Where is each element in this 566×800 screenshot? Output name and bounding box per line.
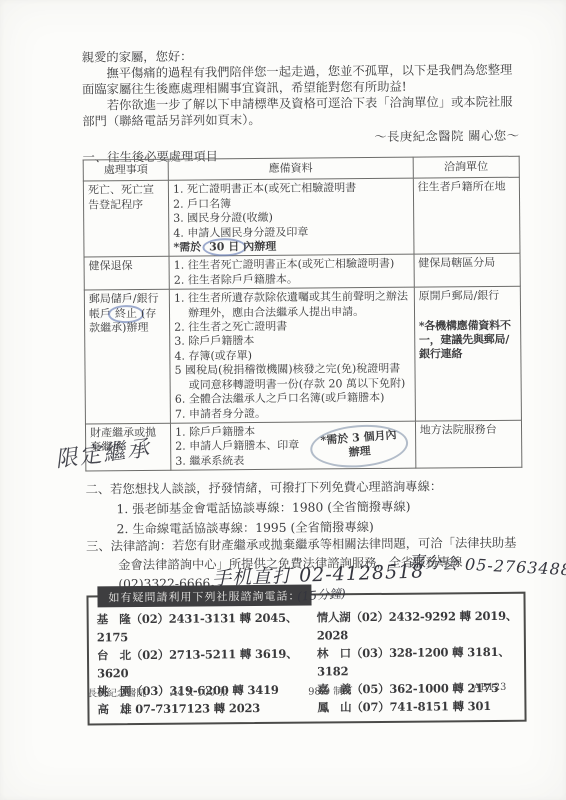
unit-cell: 往生者戶籍所在地 — [413, 178, 520, 255]
unit-note: *各機構應備資料不一，建議先與郵局/銀行連絡 — [419, 318, 517, 362]
doc-line: 1. 往生者死亡證明書正本(或死亡相驗證明書) — [174, 257, 410, 273]
intro-block: 親愛的家屬，您好： 撫平傷痛的過程有我們陪伴您一起走過，您並不孤單，以下是我們為… — [82, 46, 520, 166]
doc-line: 3. 繼承系統表 — [175, 453, 307, 469]
unit-line: 原開戶郵局/銀行 — [418, 289, 515, 304]
intro-paragraph-2: 若你欲進一步了解以下申請標準及資格可逕洽下表「洽詢單位」或本院社服部門（聯絡電話… — [82, 94, 519, 130]
pen-circle-30-days: 30 日 — [202, 238, 246, 257]
unit-cell: 原開戶郵局/銀行 *各機構應備資料不一，建議先與郵局/銀行連絡 — [414, 286, 521, 421]
docs-cell: 1. 往生者所遺存款除依遺囑或其生前聲明之辦法辦理外，應由合法繼承人提出申請。 … — [169, 287, 415, 423]
phone-entry-keelung: 基 隆（02）2431-3131 轉 2045、2175 — [97, 609, 317, 647]
footer-hospital-name: 長庚紀念醫院 — [87, 685, 146, 700]
page-content: 親愛的家屬，您好： 撫平傷痛的過程有我們陪伴您一起走過，您並不孤單，以下是我們為… — [82, 46, 525, 710]
phone-grid: 基 隆（02）2431-3131 轉 2045、2175 情人湖（02）2432… — [97, 607, 519, 719]
table-row-death-registration: 死亡、死亡宣告登記程序 1. 死亡證明書正本(或死亡相驗證明書 2. 戶口名簿 … — [83, 178, 520, 258]
docs-cell: 1. 往生者死亡證明書正本(或死亡相驗證明書) 2. 往生者除戶戶籍謄本。 — [169, 255, 414, 290]
table-row-bank-accounts: 郵局儲戶/銀行帳戶終止(存款繼承)辦理 1. 往生者所遺存款除依遺囑或其生前聲明… — [84, 286, 521, 423]
unit-cell: 地方法院服務台 — [415, 420, 522, 468]
deadline-note: *需於 30 日內辦理 — [173, 239, 409, 255]
doc-line: 1. 除戶戶籍謄本 — [175, 424, 307, 440]
deadline-note-3-months: *需於 3 個月內 辦理 — [307, 424, 411, 467]
footer-paper-spec: A4 X 100 張 — [170, 684, 228, 699]
doc-line: 2. 往生者除戶戶籍謄本。 — [174, 272, 410, 288]
hospital-signoff: ～長庚紀念醫院 關心您～ — [82, 128, 519, 148]
doc-line: 1. 往生者所遺存款除依遺囑或其生前聲明之辦法辦理外，應由合法繼承人提出申請。 — [174, 290, 410, 321]
intro-paragraph-1: 撫平傷痛的過程有我們陪伴您一起走過，您並不孤單，以下是我們為您整理面臨家屬往生後… — [82, 62, 519, 98]
scanned-page: 親愛的家屬，您好： 撫平傷痛的過程有我們陪伴您一起走過，您並不孤單，以下是我們為… — [0, 0, 566, 800]
doc-line: 2. 申請人戶籍謄本、印章 — [175, 439, 307, 455]
unit-cell: 健保局轄區分局 — [414, 254, 521, 288]
footer-revision-date: 98.9 制訂 — [308, 683, 353, 697]
docs-cell: 1. 死亡證明書正本(或死亡相驗證明書 2. 戶口名簿 3. 國民身分證(收繳)… — [168, 179, 413, 257]
footer-form-code: AB123 — [473, 682, 506, 696]
phone-entry-fengshan: 鳳 山（07）741-8151 轉 301 — [317, 697, 518, 717]
pen-ellipse-3-months: *需於 3 個月內 辦理 — [308, 421, 409, 470]
docs-cell: 1. 除戶戶籍謄本 2. 申請人戶籍謄本、印章 3. 繼承系統表 *需於 3 個… — [171, 421, 416, 470]
col-header-unit: 洽詢單位 — [413, 156, 520, 178]
handwriting-phone-duration: (15分鐘) — [296, 584, 346, 604]
doc-line: 7. 申請者身分證。 — [175, 405, 411, 421]
section2-hotlines: 二、若您想找人談談，抒發情緒，可撥打下列免費心理諮詢專線： 1. 張老師基金會電… — [85, 476, 523, 540]
table-row-health-insurance: 健保退保 1. 往生者死亡證明書正本(或死亡相驗證明書) 2. 往生者除戶戶籍謄… — [84, 254, 520, 291]
item-cell: 郵局儲戶/銀行帳戶終止(存款繼承)辦理 — [84, 290, 170, 424]
table-row-inheritance: 財產繼承或拋棄繼承 1. 除戶戶籍謄本 2. 申請人戶籍謄本、印章 3. 繼承系… — [85, 420, 521, 471]
phone-entry-taipei: 台 北（02）2713-5211 轉 3619、3620 — [97, 645, 317, 683]
social-service-phone-box: 如有疑問請利用下列社服諮詢電話： 基 隆（02）2431-3131 轉 2045… — [86, 592, 526, 726]
col-header-docs: 應備資料 — [168, 157, 413, 181]
phone-entry-kaohsiung: 高 雄 07-7317123 轉 2023 — [97, 699, 317, 719]
item-cell: 死亡、死亡宣告登記程序 — [83, 181, 169, 258]
phone-entry-linkou: 林 口（03）328-1200 轉 3181、3182 — [317, 643, 518, 681]
phone-entry-lovers-lake: 情人湖（02）2432-9292 轉 2019、2028 — [317, 607, 518, 645]
doc-line: 5 國稅局(稅捐稽徵機關)核發之完(免)稅證明書或同意移轉證明書一份(存款 20… — [175, 362, 411, 393]
col-header-item: 處理事項 — [83, 159, 168, 181]
doc-line: 6. 全體合法繼承人之戶口名簿(或戶籍謄本) — [175, 391, 411, 407]
procedures-table: 處理事項 應備資料 洽詢單位 死亡、死亡宣告登記程序 1. 死亡證明書正本(或死… — [83, 156, 523, 472]
item-cell: 健保退保 — [84, 257, 169, 291]
